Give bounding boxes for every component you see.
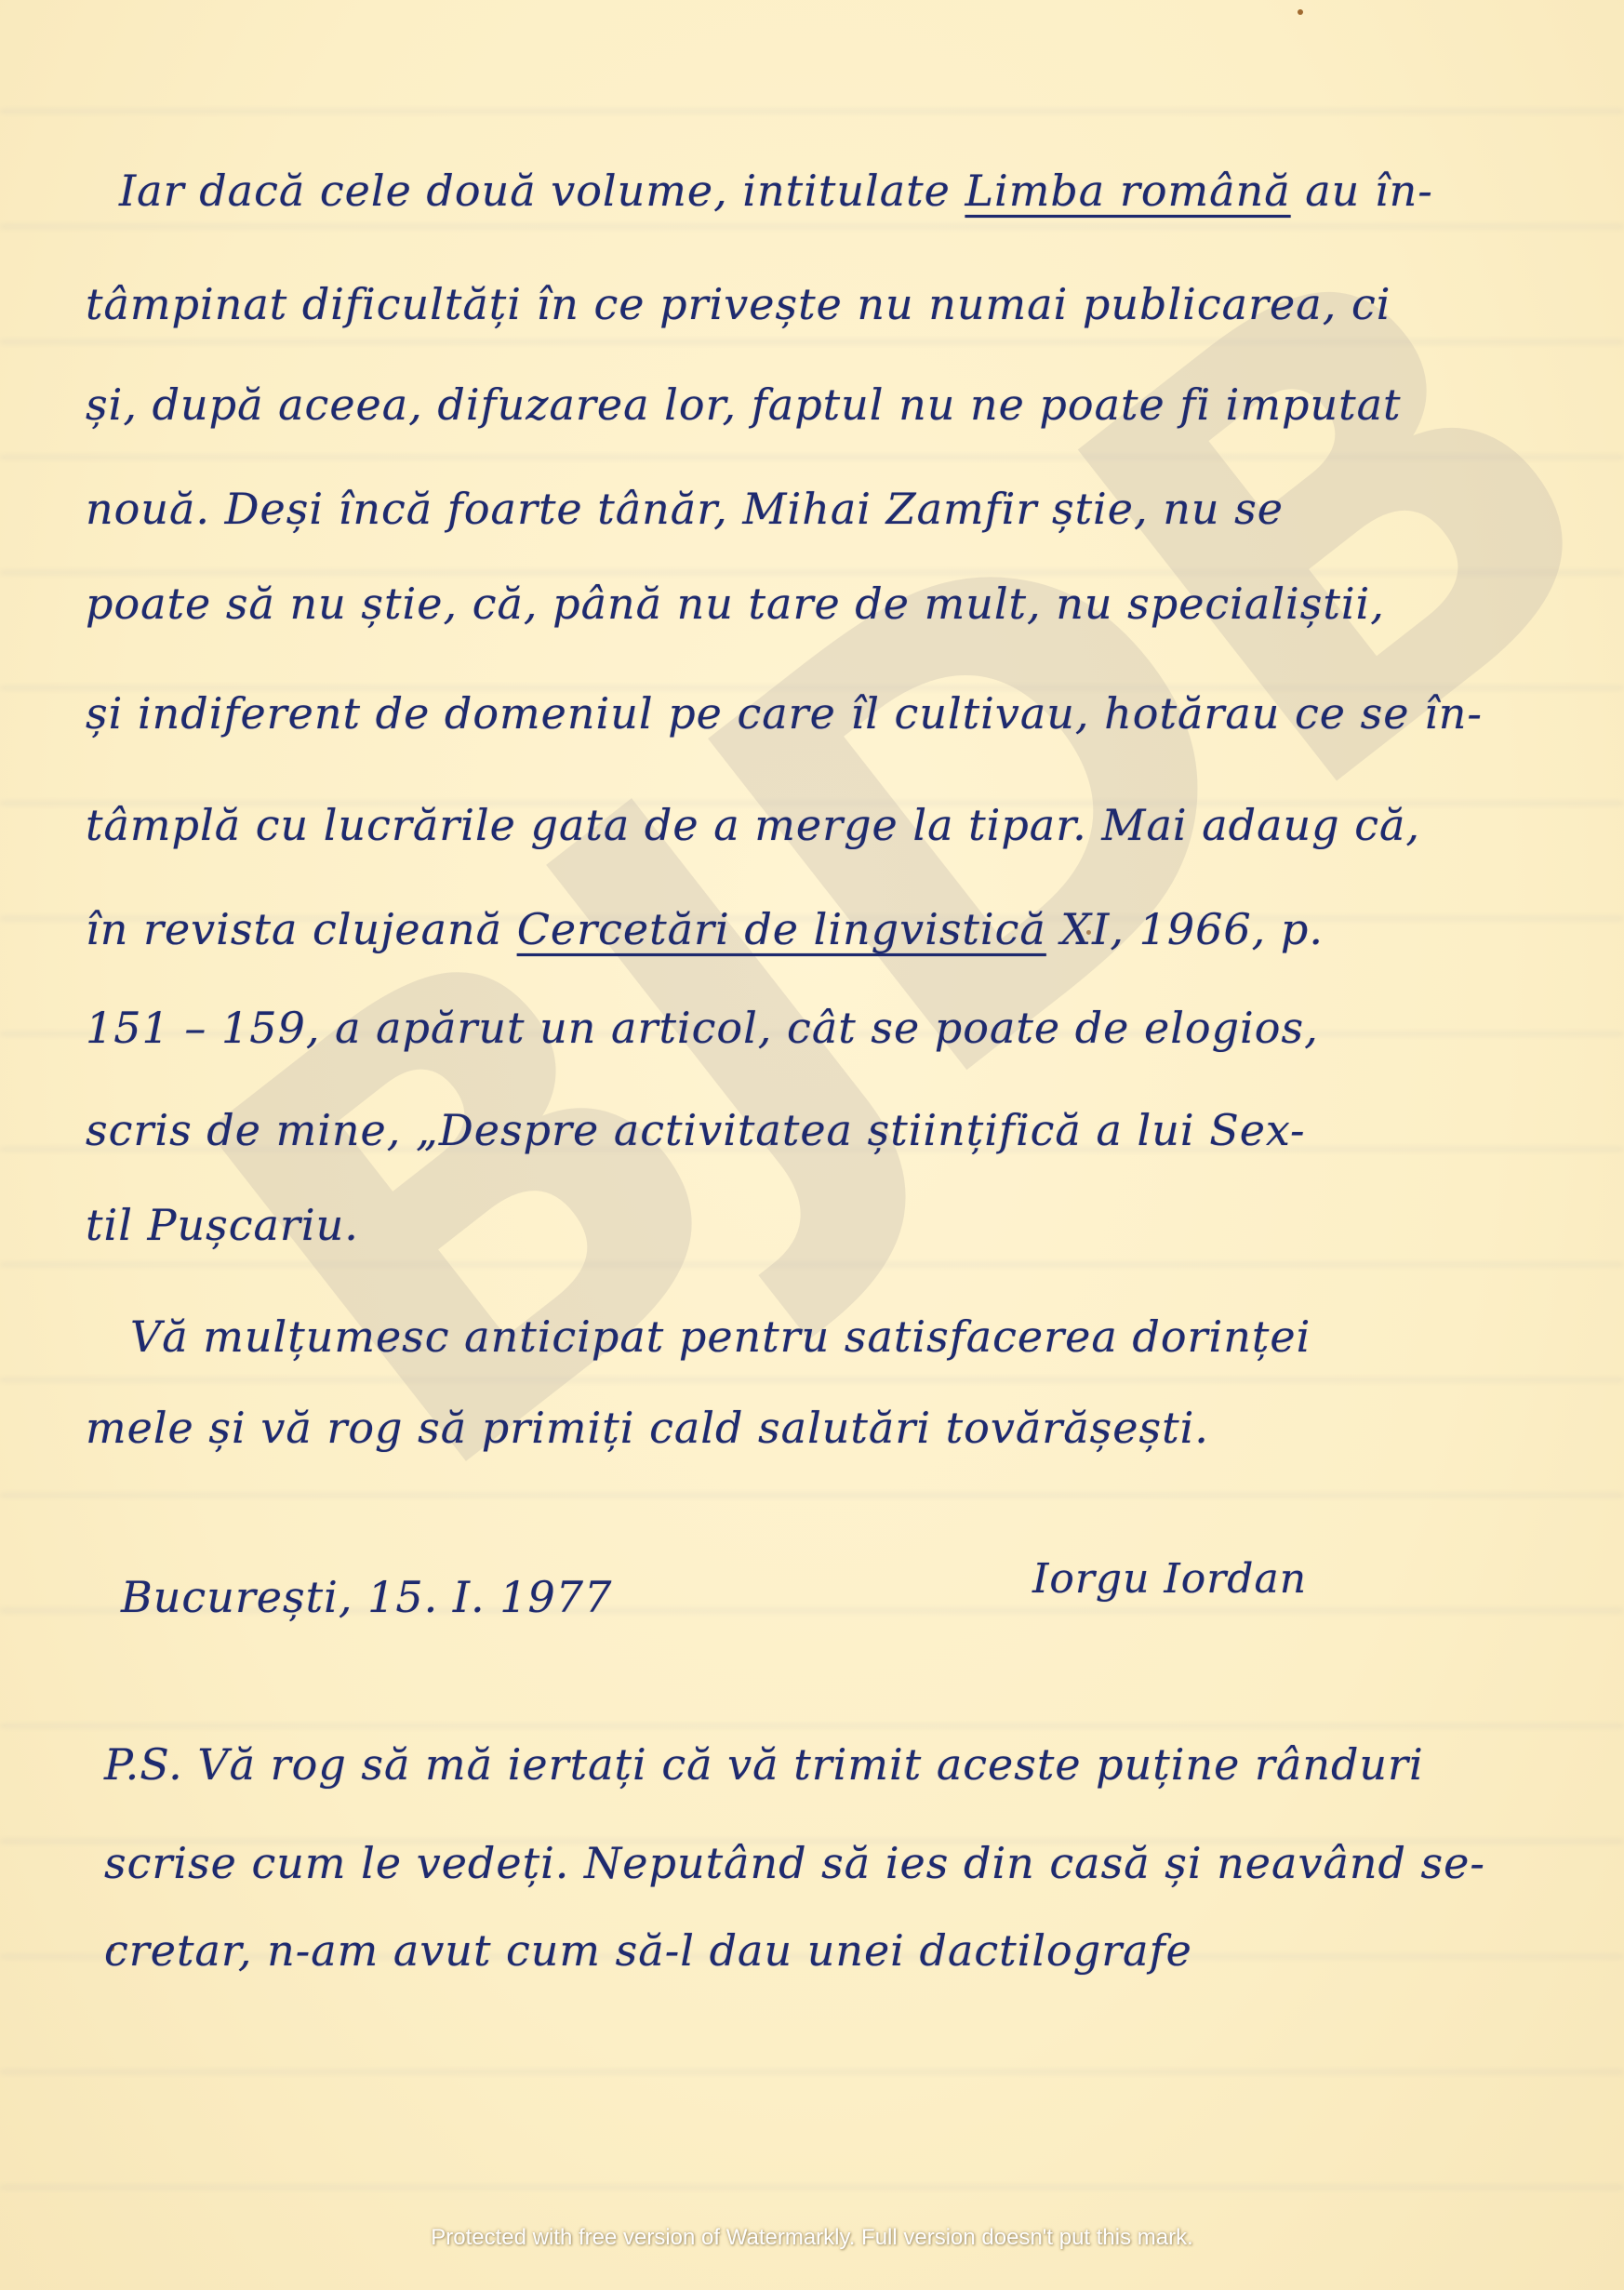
letter-line: til Pușcariu.	[86, 1200, 359, 1250]
letter-line: poate să nu știe, că, până nu tare de mu…	[86, 579, 1385, 629]
letter-line: scris de mine, „Despre activitatea știin…	[86, 1105, 1306, 1155]
postscript-line: scrise cum le vedeți. Neputând să ies di…	[104, 1838, 1485, 1888]
place-and-date: București, 15. I. 1977	[121, 1572, 612, 1622]
letter-line: și indiferent de domeniul pe care îl cul…	[86, 688, 1483, 739]
letter-line: tâmpinat dificultăți în ce privește nu n…	[86, 279, 1391, 329]
postscript-line: P.S. Vă rog să mă iertați că vă trimit a…	[104, 1739, 1424, 1790]
letter-line: mele și vă rog să primiți cald salutări …	[86, 1403, 1209, 1453]
watermarkly-notice: Protected with free version of Watermark…	[0, 2225, 1624, 2251]
paper-speck	[1298, 9, 1303, 15]
letter-line: în revista clujeană Cercetări de lingvis…	[86, 904, 1324, 954]
letter-line: Vă mulțumesc anticipat pentru satisfacer…	[130, 1311, 1311, 1362]
letter-line: și, după aceea, difuzarea lor, faptul nu…	[86, 379, 1401, 430]
signature: Iorgu Iordan	[1032, 1555, 1307, 1603]
letter-line: 151 – 159, a apărut un articol, cât se p…	[86, 1003, 1319, 1053]
postscript-line: cretar, n-am avut cum să-l dau unei dact…	[104, 1925, 1192, 1976]
letter-line: nouă. Deși încă foarte tânăr, Mihai Zamf…	[86, 484, 1284, 534]
underlined-title-cercetari-de-lingvistica: Cercetări de lingvistică	[517, 904, 1046, 954]
letter-line: tâmplă cu lucrările gata de a merge la t…	[86, 800, 1420, 850]
underlined-title-limba-romana: Limba română	[965, 166, 1290, 216]
letter-line: Iar dacă cele două volume, intitulate Li…	[119, 166, 1433, 216]
